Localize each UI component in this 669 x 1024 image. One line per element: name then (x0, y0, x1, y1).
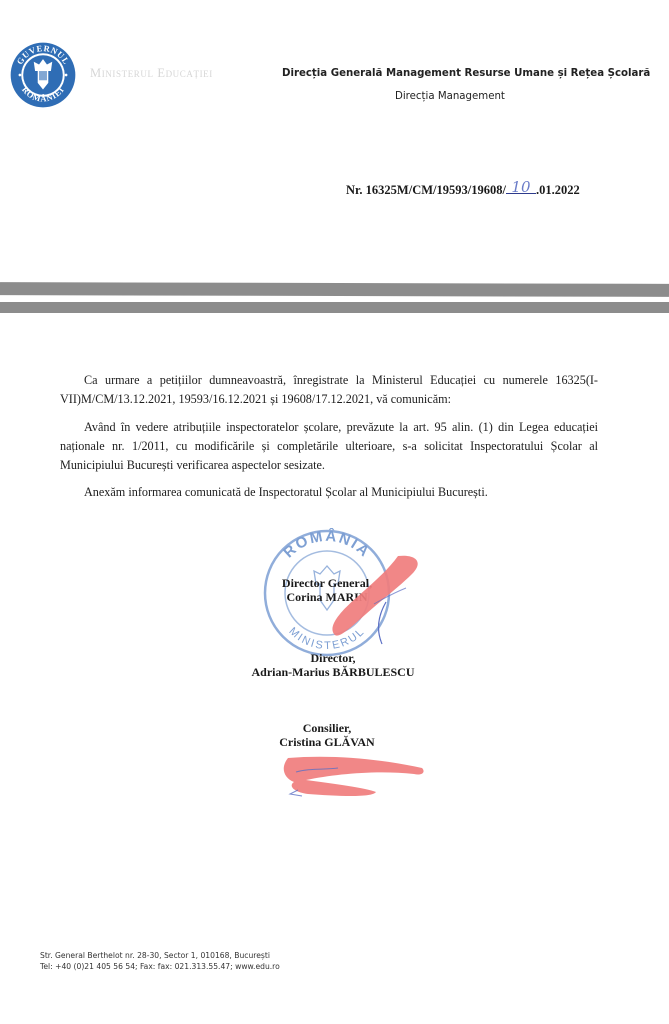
footer-phone-web: Tel: +40 (0)21 405 56 54; Fax: fax: 021.… (40, 961, 280, 972)
body-paragraph: Anexăm informarea comunicată de Inspecto… (60, 483, 598, 502)
redaction-bar (0, 302, 669, 313)
registration-number: Nr. 16325M/CM/19593/19608/10.01.2022 (346, 183, 580, 198)
signatory-name: Cristina GLĂVAN (262, 735, 392, 750)
guvernul-romaniei-seal-icon: GUVERNUL ROMÂNIEI (10, 42, 76, 108)
signatory-role: Director, (228, 651, 438, 666)
handwritten-day: 10 (506, 181, 536, 194)
department-title: Direcția Generală Management Resurse Uma… (282, 68, 650, 79)
footer-contact: Str. General Berthelot nr. 28-30, Sector… (40, 950, 280, 972)
ministry-name: Ministerul Educației (90, 66, 213, 81)
signature-redaction-scribble (326, 552, 436, 647)
signatory-name: Adrian-Marius BĂRBULESCU (228, 665, 438, 680)
registration-prefix: Nr. 16325M/CM/19593/19608/ (346, 183, 506, 197)
body-paragraph: Ca urmare a petițiilor dumneavoastră, în… (60, 371, 598, 409)
registration-suffix: .01.2022 (536, 183, 580, 197)
subdepartment-title: Direcția Management (395, 91, 505, 102)
redaction-bar (0, 282, 669, 297)
signatory-role: Consilier, (262, 721, 392, 736)
body-paragraph: Având în vedere atribuțiile inspectorate… (60, 418, 598, 475)
signature-redaction-scribble (276, 750, 426, 800)
footer-address: Str. General Berthelot nr. 28-30, Sector… (40, 950, 280, 961)
